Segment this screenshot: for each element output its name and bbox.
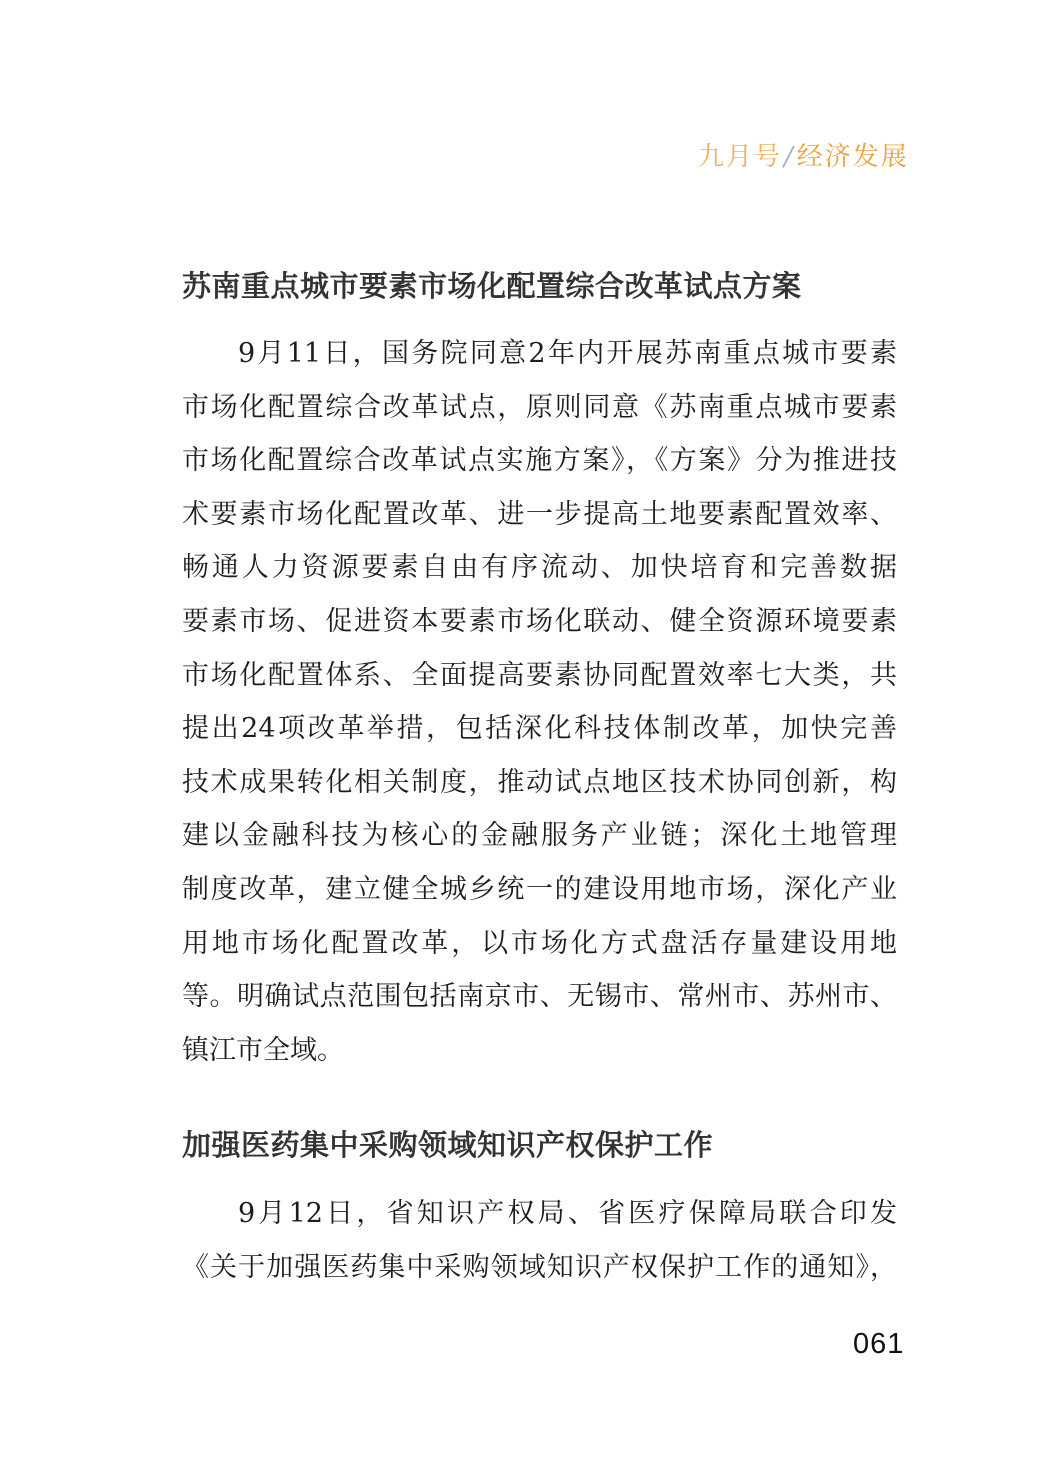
body-line: 技术成果转化相关制度，推动试点地区技术协同创新，构 bbox=[182, 756, 897, 810]
body-line: 等。明确试点范围包括南京市、无锡市、常州市、苏州市、 bbox=[182, 970, 897, 1024]
body-line: 畅通人力资源要素自由有序流动、加快培育和完善数据 bbox=[182, 541, 897, 595]
article-body-2: 9月12日，省知识产权局、省医疗保障局联合印发 《关于加强医药集中采购领域知识产… bbox=[182, 1187, 897, 1294]
body-line: 用地市场化配置改革，以市场化方式盘活存量建设用地 bbox=[182, 917, 897, 971]
running-header: 九月号/经济发展 bbox=[698, 136, 909, 173]
page-number: 061 bbox=[853, 1328, 904, 1361]
body-line: 镇江市全域。 bbox=[182, 1024, 897, 1078]
journal-page: 九月号/经济发展 苏南重点城市要素市场化配置综合改革试点方案 9月11日，国务院… bbox=[0, 0, 1056, 1465]
issue-label: 九月号 bbox=[698, 142, 782, 172]
body-line: 9月11日，国务院同意2年内开展苏南重点城市要素 bbox=[182, 327, 897, 381]
body-line: 建以金融科技为核心的金融服务产业链；深化土地管理 bbox=[182, 809, 897, 863]
body-line: 《关于加强医药集中采购领域知识产权保护工作的通知》， bbox=[182, 1241, 897, 1295]
slash-separator: / bbox=[782, 142, 797, 172]
article-title-2: 加强医药集中采购领域知识产权保护工作 bbox=[182, 1129, 905, 1162]
body-line: 制度改革，建立健全城乡统一的建设用地市场，深化产业 bbox=[182, 863, 897, 917]
body-line: 要素市场、促进资本要素市场化联动、健全资源环境要素 bbox=[182, 595, 897, 649]
body-line: 市场化配置综合改革试点实施方案》，《方案》分为推进技 bbox=[182, 434, 897, 488]
body-line: 术要素市场化配置改革、进一步提高土地要素配置效率、 bbox=[182, 488, 897, 542]
body-line: 市场化配置体系、全面提高要素协同配置效率七大类，共 bbox=[182, 649, 897, 703]
body-line: 提出24项改革举措，包括深化科技体制改革，加快完善 bbox=[182, 702, 897, 756]
section-label: 经济发展 bbox=[797, 142, 909, 172]
body-line: 9月12日，省知识产权局、省医疗保障局联合印发 bbox=[182, 1187, 897, 1241]
article-title-1: 苏南重点城市要素市场化配置综合改革试点方案 bbox=[182, 270, 905, 303]
body-line: 市场化配置综合改革试点，原则同意《苏南重点城市要素 bbox=[182, 381, 897, 435]
article-body-1: 9月11日，国务院同意2年内开展苏南重点城市要素 市场化配置综合改革试点，原则同… bbox=[182, 327, 897, 1077]
